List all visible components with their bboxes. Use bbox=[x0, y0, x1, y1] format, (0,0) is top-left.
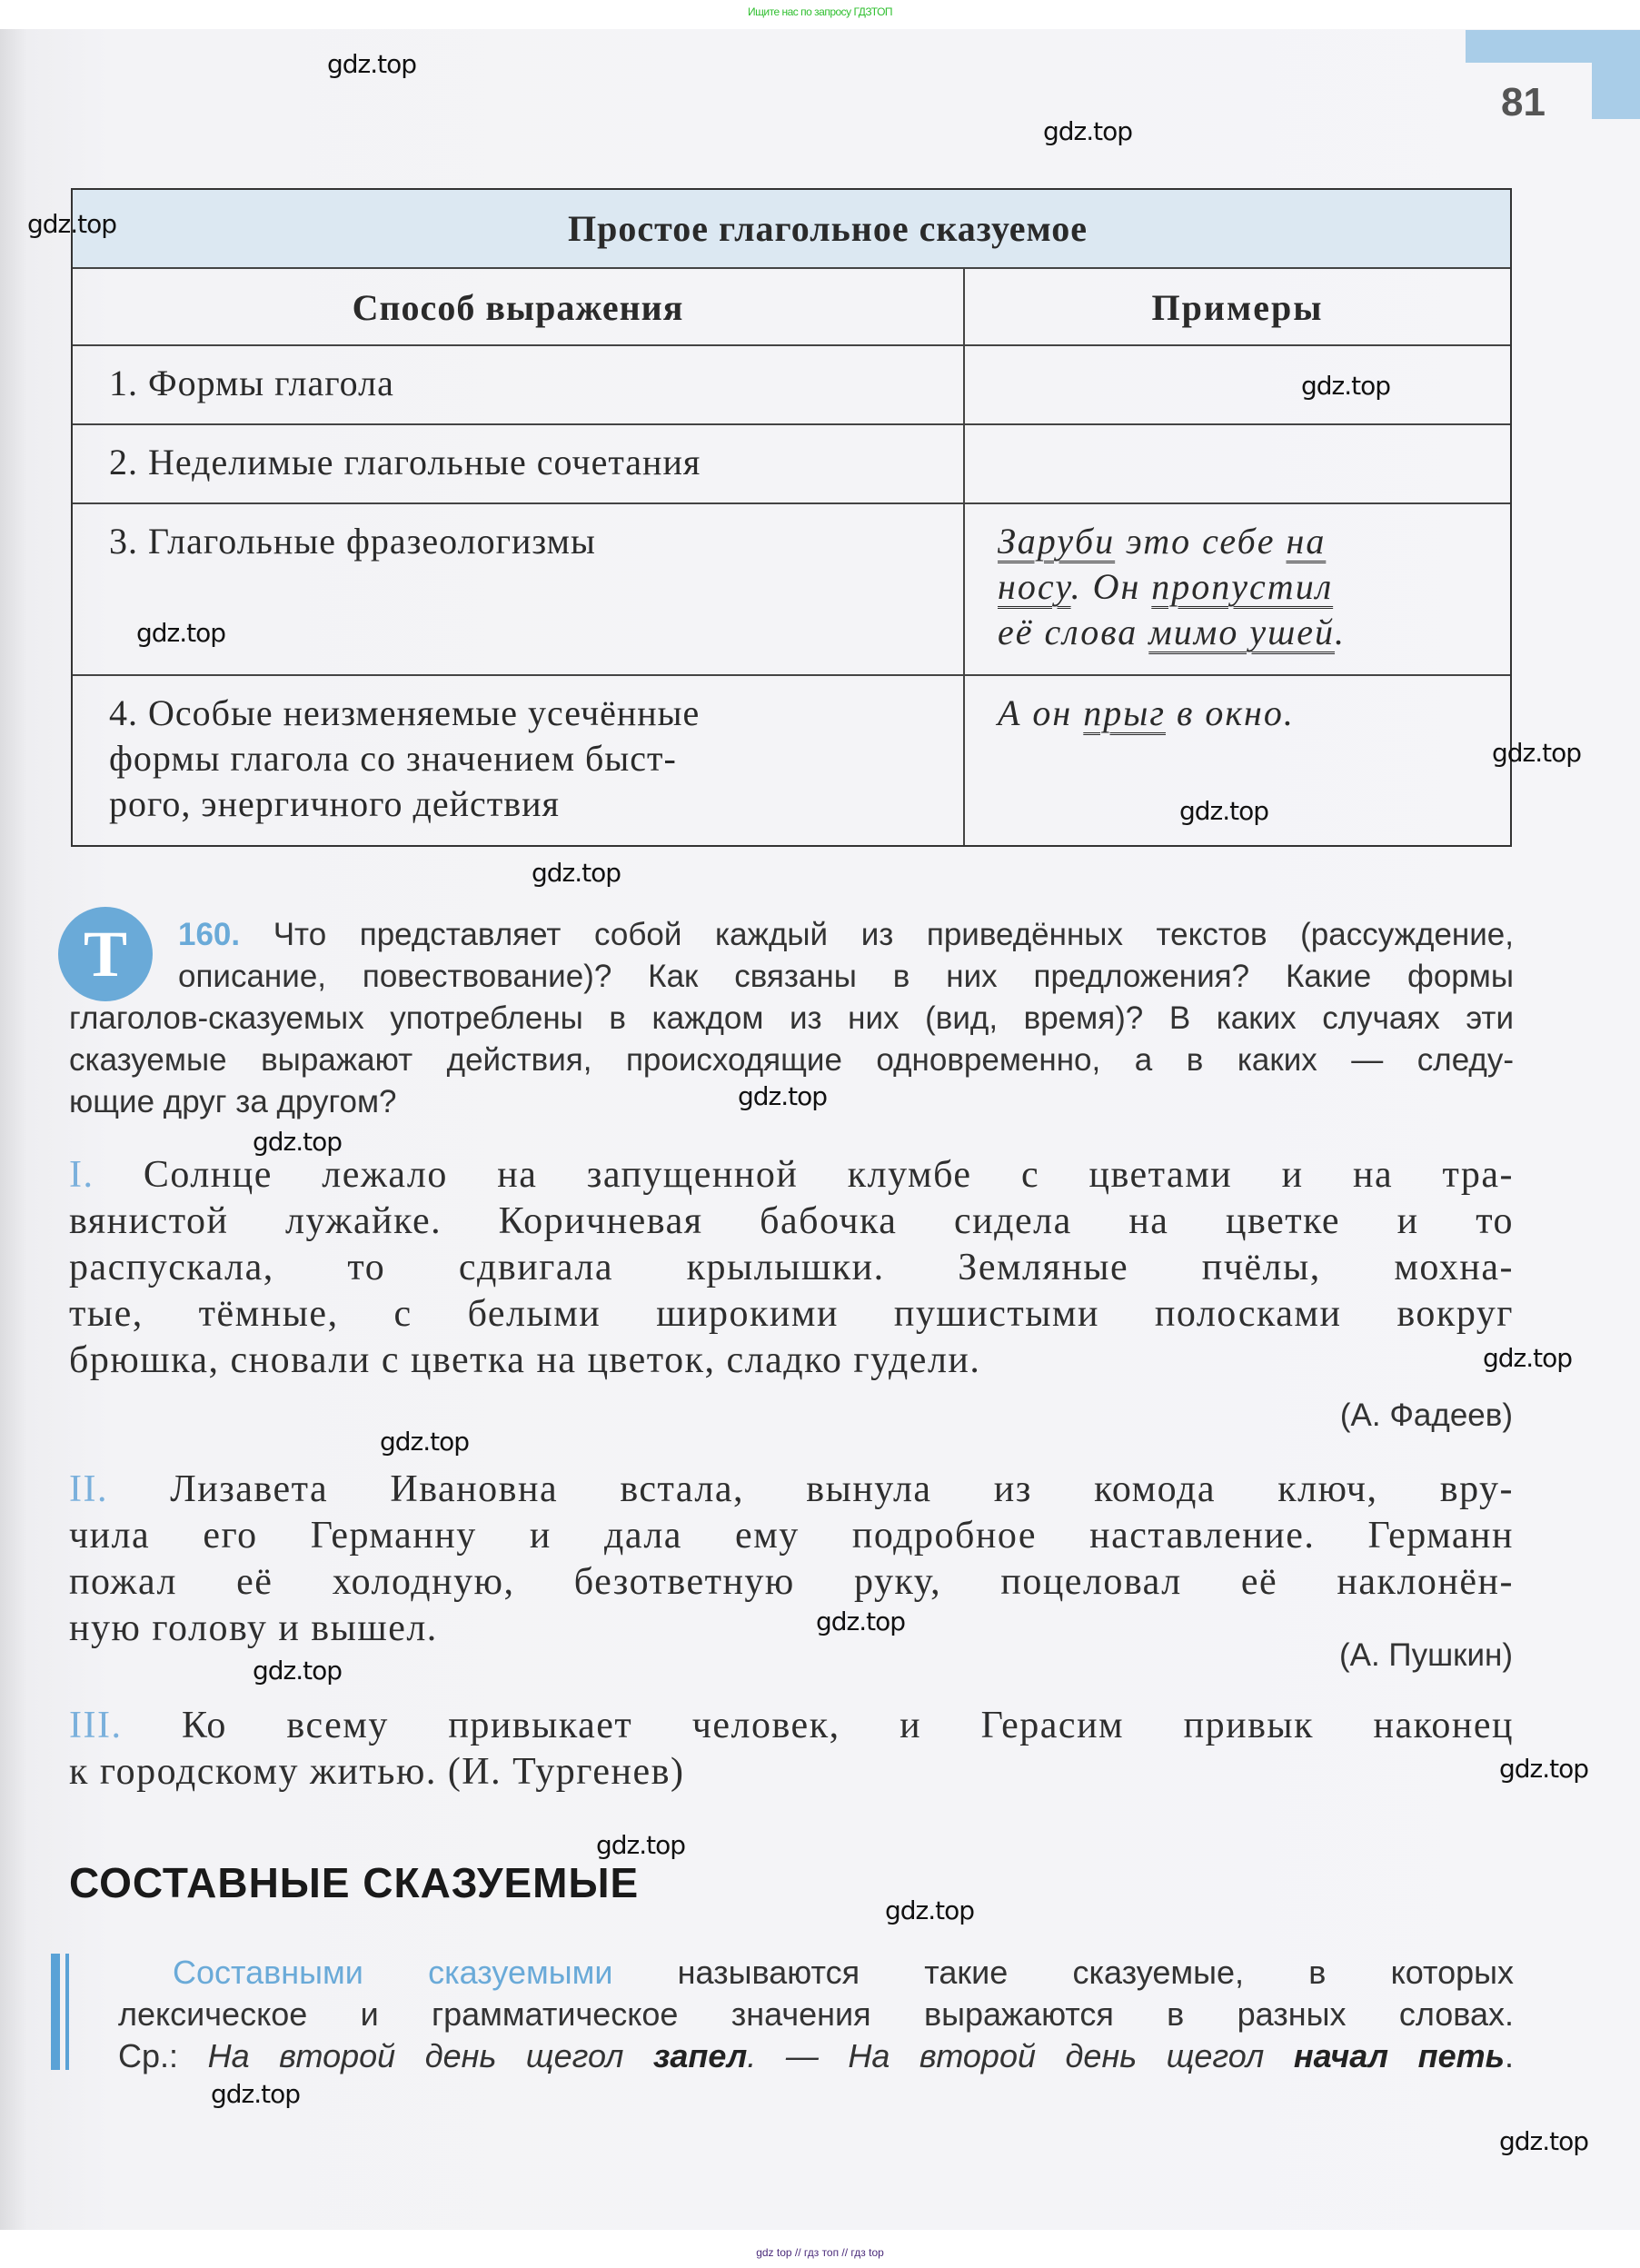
text-i: I. Солнце лежало на запущенной клумбе с … bbox=[69, 1152, 1514, 1384]
example-cell: Заруби это себе наносу. Он пропустилеё с… bbox=[965, 504, 1510, 674]
watermark: gdz.top bbox=[816, 1606, 905, 1636]
watermark: gdz.top bbox=[532, 858, 621, 888]
method-cell: 2. Неделимые глагольные сочетания bbox=[73, 425, 965, 502]
watermark: gdz.top bbox=[1179, 796, 1268, 826]
exercise-number: 160. bbox=[178, 917, 240, 952]
predicate-underlined: Заруби bbox=[998, 521, 1115, 562]
watermark: gdz.top bbox=[211, 2079, 300, 2109]
table-row: 3. Глагольные фразеологизмы Заруби это с… bbox=[73, 502, 1510, 674]
roman-numeral: I. bbox=[69, 1154, 94, 1196]
header-method: Способ выражения bbox=[73, 269, 965, 344]
table-title: Простое глагольное сказуемое bbox=[495, 207, 1088, 250]
roman-numeral: III. bbox=[69, 1705, 122, 1746]
watermark: gdz.top bbox=[1492, 738, 1581, 768]
watermark: gdz.top bbox=[596, 1830, 685, 1860]
watermark: gdz.top bbox=[885, 1895, 974, 1925]
example-cell bbox=[965, 346, 1510, 423]
watermark: gdz.top bbox=[136, 618, 225, 648]
defined-term: Составными сказуемыми bbox=[173, 1954, 612, 1991]
watermark: gdz.top bbox=[1301, 371, 1390, 401]
text-iii: III. Ко всему привыкает человек, и Герас… bbox=[69, 1703, 1514, 1795]
watermark: gdz.top bbox=[1499, 2126, 1588, 2156]
table-row: 4. Особые неизменяемые усечённые формы г… bbox=[73, 674, 1510, 845]
method-cell: 4. Особые неизменяемые усечённые формы г… bbox=[73, 676, 965, 845]
rule-marker-bar-thin bbox=[65, 1954, 69, 2070]
method-cell: 1. Формы глагола bbox=[73, 346, 965, 423]
watermark: gdz.top bbox=[253, 1656, 342, 1686]
table-row: 2. Неделимые глагольные сочетания bbox=[73, 423, 1510, 502]
author-fadeev: (А. Фадеев) bbox=[1340, 1398, 1513, 1434]
top-banner: Ищите нас по запросу ГДЗТОП bbox=[0, 0, 1640, 29]
watermark: gdz.top bbox=[380, 1427, 469, 1457]
table-row: 1. Формы глагола bbox=[73, 344, 1510, 423]
predicate-table: Простое глагольное сказуемое Способ выра… bbox=[71, 188, 1512, 847]
method-cell: 3. Глагольные фразеологизмы bbox=[73, 504, 965, 674]
predicate-underlined: носу bbox=[998, 566, 1071, 607]
predicate-underlined: на bbox=[1286, 521, 1326, 562]
page-tab-decoration-side bbox=[1592, 30, 1640, 119]
text-ii: II. Лизавета Ивановна встала, вынула из … bbox=[69, 1467, 1514, 1652]
watermark: gdz.top bbox=[327, 49, 416, 79]
rule-marker-bar bbox=[51, 1954, 60, 2070]
roman-numeral: II. bbox=[69, 1468, 108, 1510]
page-number: 81 bbox=[1501, 80, 1546, 125]
watermark: gdz.top bbox=[27, 209, 116, 239]
watermark: gdz.top bbox=[738, 1081, 827, 1111]
header-examples: Примеры bbox=[965, 269, 1510, 344]
section-heading: СОСТАВНЫЕ СКАЗУЕМЫЕ bbox=[69, 1858, 639, 1907]
author-pushkin: (А. Пушкин) bbox=[1339, 1637, 1513, 1674]
table-header-row: Способ выражения Примеры bbox=[73, 267, 1510, 344]
watermark: gdz.top bbox=[1043, 116, 1132, 146]
predicate-underlined: мимо ушей bbox=[1148, 612, 1335, 652]
rule-definition: Составными сказуемыми называются такие с… bbox=[118, 1952, 1514, 2077]
predicate-underlined: пропустил bbox=[1151, 566, 1333, 607]
watermark: gdz.top bbox=[1483, 1343, 1572, 1373]
bottom-banner: gdz top // гдз топ // гдз top bbox=[0, 2230, 1640, 2268]
bottom-banner-text: gdz top // гдз топ // гдз top bbox=[0, 2246, 1640, 2259]
example-cell bbox=[965, 425, 1510, 502]
table-title-row: Простое глагольное сказуемое bbox=[73, 190, 1510, 267]
watermark: gdz.top bbox=[253, 1127, 342, 1157]
top-banner-text: Ищите нас по запросу ГДЗТОП bbox=[0, 5, 1640, 18]
predicate-underlined: прыг bbox=[1083, 692, 1166, 733]
watermark: gdz.top bbox=[1499, 1754, 1588, 1784]
